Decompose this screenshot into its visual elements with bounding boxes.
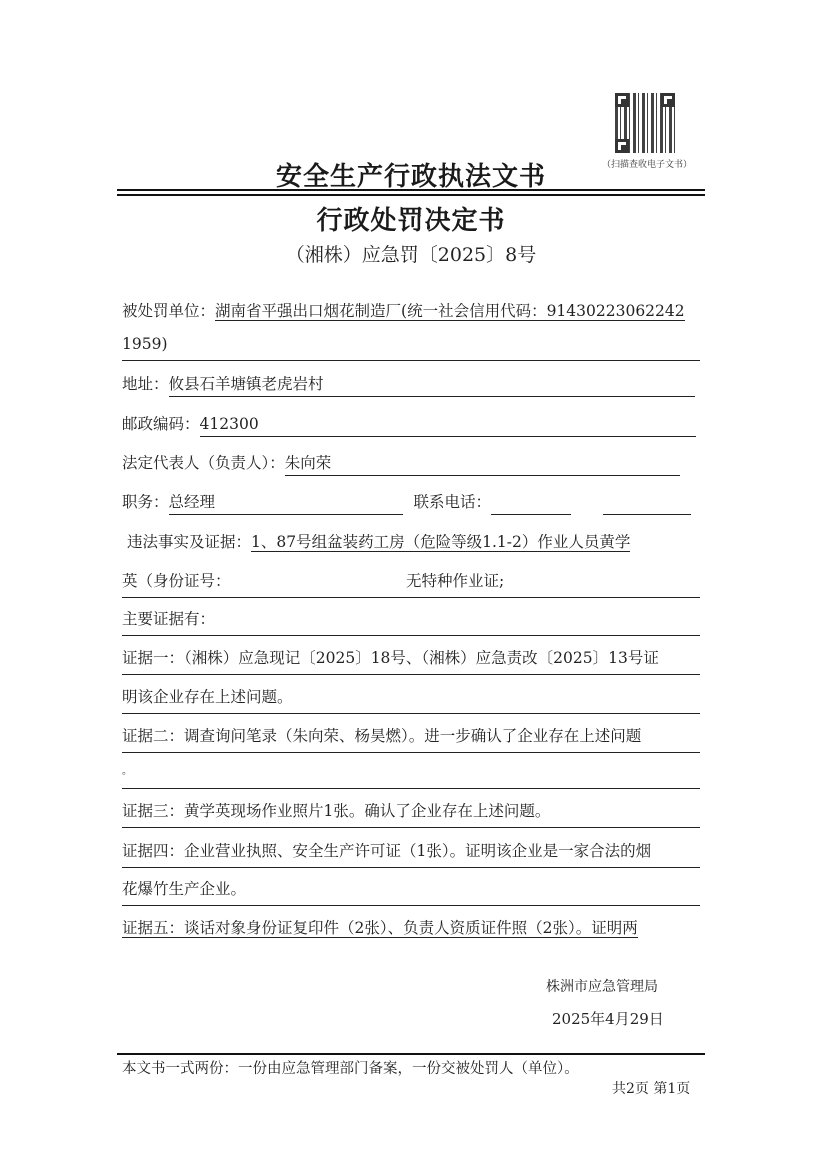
postcode-label: 邮政编码： xyxy=(122,415,200,433)
evidence-2-line-1: 证据二：调查询问笔录（朱向荣、杨昊燃）。进一步确认了企业存在上述问题 xyxy=(122,724,700,753)
legal-representative-row: 法定代表人（负责人）：朱向荣 xyxy=(122,451,700,479)
qr-finder-top-right xyxy=(661,93,675,107)
violation-facts-row-cont: 英（身份证号：无特种作业证; xyxy=(122,569,700,598)
violation-facts-id-label: 英（身份证号： xyxy=(122,569,406,593)
legal-representative-value: 朱向荣 xyxy=(285,451,680,476)
qr-code-icon xyxy=(615,93,675,153)
evidence-1-text: 证据一：（湘株）应急现记〔2025〕18号、（湘株）应急责改〔2025〕13号证 xyxy=(122,649,659,667)
violation-facts-label: 违法事实及证据： xyxy=(127,533,251,551)
issuing-authority: 株洲市应急管理局 xyxy=(546,976,658,996)
page-indicator: 共2页 第1页 xyxy=(612,1078,690,1098)
evidence-2-text: 证据二：调查询问笔录（朱向荣、杨昊燃）。进一步确认了企业存在上述问题 xyxy=(122,727,641,745)
penalized-unit-row: 被处罚单位：湖南省平强出口烟花制造厂(统一社会信用代码：914302230622… xyxy=(122,299,700,327)
header-divider-thin xyxy=(117,194,705,196)
evidence-1-text-cont: 明该企业存在上述问题。 xyxy=(122,688,293,706)
evidence-4-line-1: 证据四：企业营业执照、安全生产许可证（1张）。证明该企业是一家合法的烟 xyxy=(122,839,700,868)
position-phone-row: 职务：总经理 联系电话： xyxy=(122,490,700,518)
evidence-header-row: 主要证据有： xyxy=(122,607,700,636)
evidence-3-text: 证据三：黄学英现场作业照片1张。确认了企业存在上述问题。 xyxy=(122,802,550,820)
evidence-1-line-2: 明该企业存在上述问题。 xyxy=(122,685,700,714)
position-label: 职务： xyxy=(122,493,169,511)
qr-finder-top-left xyxy=(615,93,629,107)
issue-date: 2025年4月29日 xyxy=(552,1008,664,1029)
penalized-unit-value-cont: 1959) xyxy=(122,335,168,353)
header-divider-thick xyxy=(117,189,705,191)
postcode-value: 412300 xyxy=(200,412,696,437)
document-category-title: 安全生产行政执法文书 xyxy=(0,156,822,193)
document-title: 行政处罚决定书 xyxy=(0,200,822,237)
evidence-header: 主要证据有： xyxy=(122,610,215,628)
address-label: 地址： xyxy=(122,375,169,393)
footer-note: 本文书一式两份：一份由应急管理部门备案，一份交被处罚人（单位）。 xyxy=(122,1057,579,1078)
evidence-2-text-cont: 。 xyxy=(122,766,132,777)
address-row: 地址：攸县石羊塘镇老虎岩村 xyxy=(122,372,700,400)
evidence-5-text: 证据五：谈话对象身份证复印件（2张）、负责人资质证件照（2张）。证明两 xyxy=(122,919,638,938)
evidence-4-text-cont: 花爆竹生产企业。 xyxy=(122,880,246,898)
violation-facts-row: 违法事实及证据：1、87号组盆装药工房（危险等级1.1-2）作业人员黄学 xyxy=(122,530,700,558)
evidence-1-line-1: 证据一：（湘株）应急现记〔2025〕18号、（湘株）应急责改〔2025〕13号证 xyxy=(122,646,700,675)
penalized-unit-label: 被处罚单位： xyxy=(122,302,215,320)
postcode-row: 邮政编码：412300 xyxy=(122,412,700,440)
violation-facts-no-certificate: 无特种作业证; xyxy=(406,572,504,590)
phone-value-2 xyxy=(603,492,691,515)
evidence-5-line-1: 证据五：谈话对象身份证复印件（2张）、负责人资质证件照（2张）。证明两 xyxy=(122,916,700,944)
position-value: 总经理 xyxy=(169,490,403,515)
address-value: 攸县石羊塘镇老虎岩村 xyxy=(169,372,695,397)
footer-divider xyxy=(117,1053,705,1055)
penalized-unit-row-cont: 1959) xyxy=(122,332,700,361)
evidence-3-line-1: 证据三：黄学英现场作业照片1张。确认了企业存在上述问题。 xyxy=(122,799,700,828)
phone-label: 联系电话： xyxy=(413,493,491,511)
legal-representative-label: 法定代表人（负责人）： xyxy=(122,454,285,472)
qr-finder-bottom-left xyxy=(615,139,629,153)
violation-facts-value: 1、87号组盆装药工房（危险等级1.1-2）作业人员黄学 xyxy=(251,533,630,552)
penalized-unit-value: 湖南省平强出口烟花制造厂(统一社会信用代码：91430223062242 xyxy=(215,302,685,321)
evidence-4-text: 证据四：企业营业执照、安全生产许可证（1张）。证明该企业是一家合法的烟 xyxy=(122,842,651,860)
phone-value-1 xyxy=(491,492,571,515)
evidence-4-line-2: 花爆竹生产企业。 xyxy=(122,877,700,906)
document-number: （湘株）应急罚〔2025〕8号 xyxy=(0,240,822,267)
evidence-2-line-2: 。 xyxy=(122,760,700,789)
